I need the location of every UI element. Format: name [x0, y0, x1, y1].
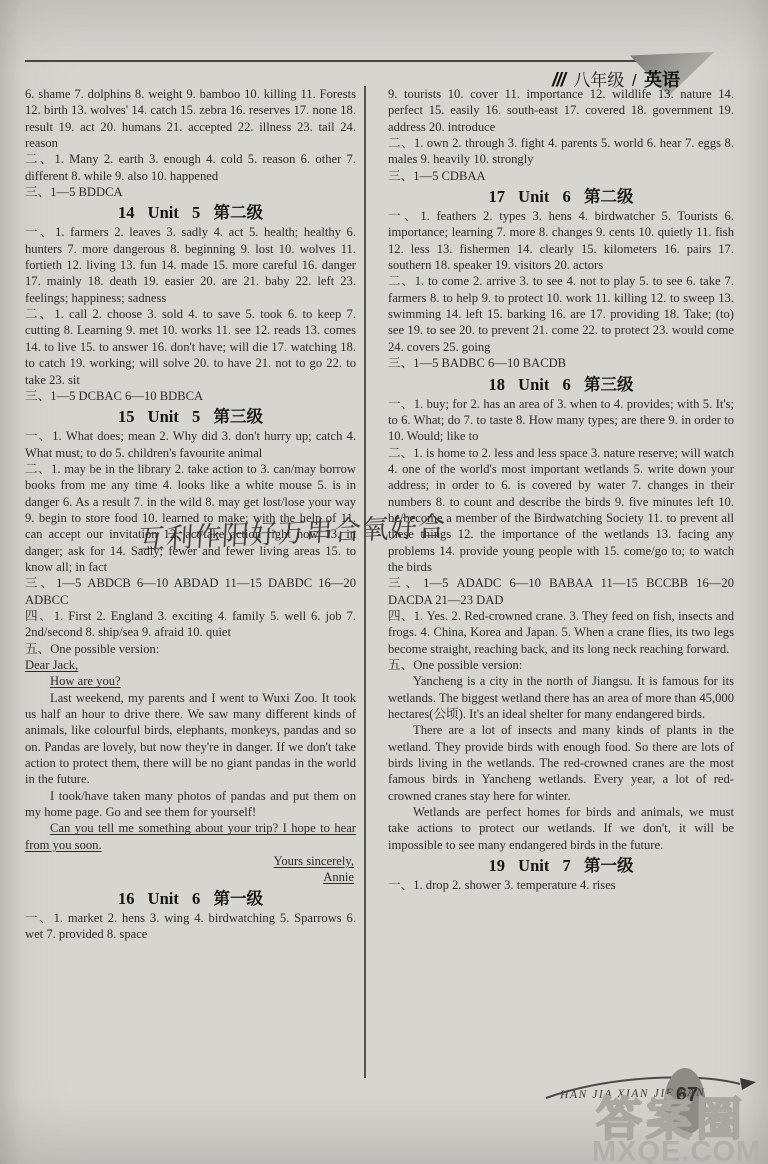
- answers-18-part3: 三、1—5 ADADC 6—10 BABAA 11—15 BCCBB 16—20…: [388, 575, 734, 608]
- answers-14-part1: 一、1. farmers 2. leaves 3. sadly 4. act 5…: [25, 224, 356, 306]
- essay-paragraph-1: Yancheng is a city in the north of Jiang…: [388, 673, 734, 722]
- answers-14-part2: 二、1. call 2. choose 3. sold 4. to save 5…: [25, 306, 356, 388]
- letter-greeting: How are you?: [25, 673, 356, 689]
- essay-paragraph-2: There are a lot of insects and many kind…: [388, 722, 734, 804]
- answers-18-part1: 一、1. buy; for 2. has an area of 3. when …: [388, 396, 734, 445]
- section-heading-17-unit6-level2: 17 Unit 6 第二级: [388, 186, 734, 207]
- answers-17-part2: 二、1. to come 2. arrive 3. to see 4. not …: [388, 273, 734, 355]
- letter-closing: Yours sincerely,: [25, 853, 356, 869]
- answers-16-part2: 二、1. own 2. through 3. fight 4. parents …: [388, 135, 734, 168]
- answers-section1-part1-continued: 6. shame 7. dolphins 8. weight 9. bamboo…: [25, 86, 356, 151]
- left-column: 6. shame 7. dolphins 8. weight 9. bamboo…: [25, 86, 356, 943]
- answers-14-part3: 三、1—5 DCBAC 6—10 BDBCA: [25, 388, 356, 404]
- answers-15-part5-intro: 五、One possible version:: [25, 641, 356, 657]
- answers-18-part4: 四、1. Yes. 2. Red-crowned crane. 3. They …: [388, 608, 734, 657]
- answers-19-part1-start: 一、1. drop 2. shower 3. temperature 4. ri…: [388, 877, 734, 893]
- answers-18-part5-intro: 五、One possible version:: [388, 657, 734, 673]
- answers-15-part4: 四、1. First 2. England 3. exciting 4. fam…: [25, 608, 356, 641]
- essay-paragraph-3: Wetlands are perfect homes for birds and…: [388, 804, 734, 853]
- answers-15-part3: 三、1—5 ABDCB 6—10 ABDAD 11—15 DABDC 16—20…: [25, 575, 356, 608]
- right-column: 9. tourists 10. cover 11. importance 12.…: [388, 86, 734, 893]
- header-rule: [25, 60, 691, 62]
- letter-salutation: Dear Jack,: [25, 657, 356, 673]
- column-divider: [364, 86, 366, 1078]
- letter-signature: Annie: [25, 869, 356, 885]
- answers-15-part2: 二、1. may be in the library 2. take actio…: [25, 461, 356, 575]
- section-heading-16-unit6-level1: 16 Unit 6 第一级: [25, 888, 356, 909]
- section-heading-14-unit5-level2: 14 Unit 5 第二级: [25, 202, 356, 223]
- letter-paragraph-3: Can you tell me something about your tri…: [25, 820, 356, 853]
- answers-15-part1: 一、1. What does; mean 2. Why did 3. don't…: [25, 428, 356, 461]
- watermark-site: MXQE.COM: [592, 1136, 768, 1164]
- letter-paragraph-1: Last weekend, my parents and I went to W…: [25, 690, 356, 788]
- answers-section1-part2: 二、1. Many 2. earth 3. enough 4. cold 5. …: [25, 151, 356, 184]
- section-heading-19-unit7-level1: 19 Unit 7 第一级: [388, 855, 734, 876]
- section-heading-15-unit5-level3: 15 Unit 5 第三级: [25, 406, 356, 427]
- answers-section1-part3: 三、1—5 BDDCA: [25, 184, 356, 200]
- answers-16-part3: 三、1—5 CDBAA: [388, 168, 734, 184]
- answers-17-part1: 一、1. feathers 2. types 3. hens 4. birdwa…: [388, 208, 734, 273]
- scanned-answer-page: /// 八年级 / 英语 6. shame 7. dolphins 8. wei…: [0, 0, 768, 1164]
- answers-16-part1-start: 一、1. market 2. hens 3. wing 4. birdwatch…: [25, 910, 356, 943]
- answers-16-part1-continued: 9. tourists 10. cover 11. importance 12.…: [388, 86, 734, 135]
- section-heading-18-unit6-level3: 18 Unit 6 第三级: [388, 374, 734, 395]
- answers-17-part3: 三、1—5 BADBC 6—10 BACDB: [388, 355, 734, 371]
- answers-18-part2: 二、1. is home to 2. less and less space 3…: [388, 445, 734, 576]
- letter-paragraph-2: I took/have taken many photos of pandas …: [25, 788, 356, 821]
